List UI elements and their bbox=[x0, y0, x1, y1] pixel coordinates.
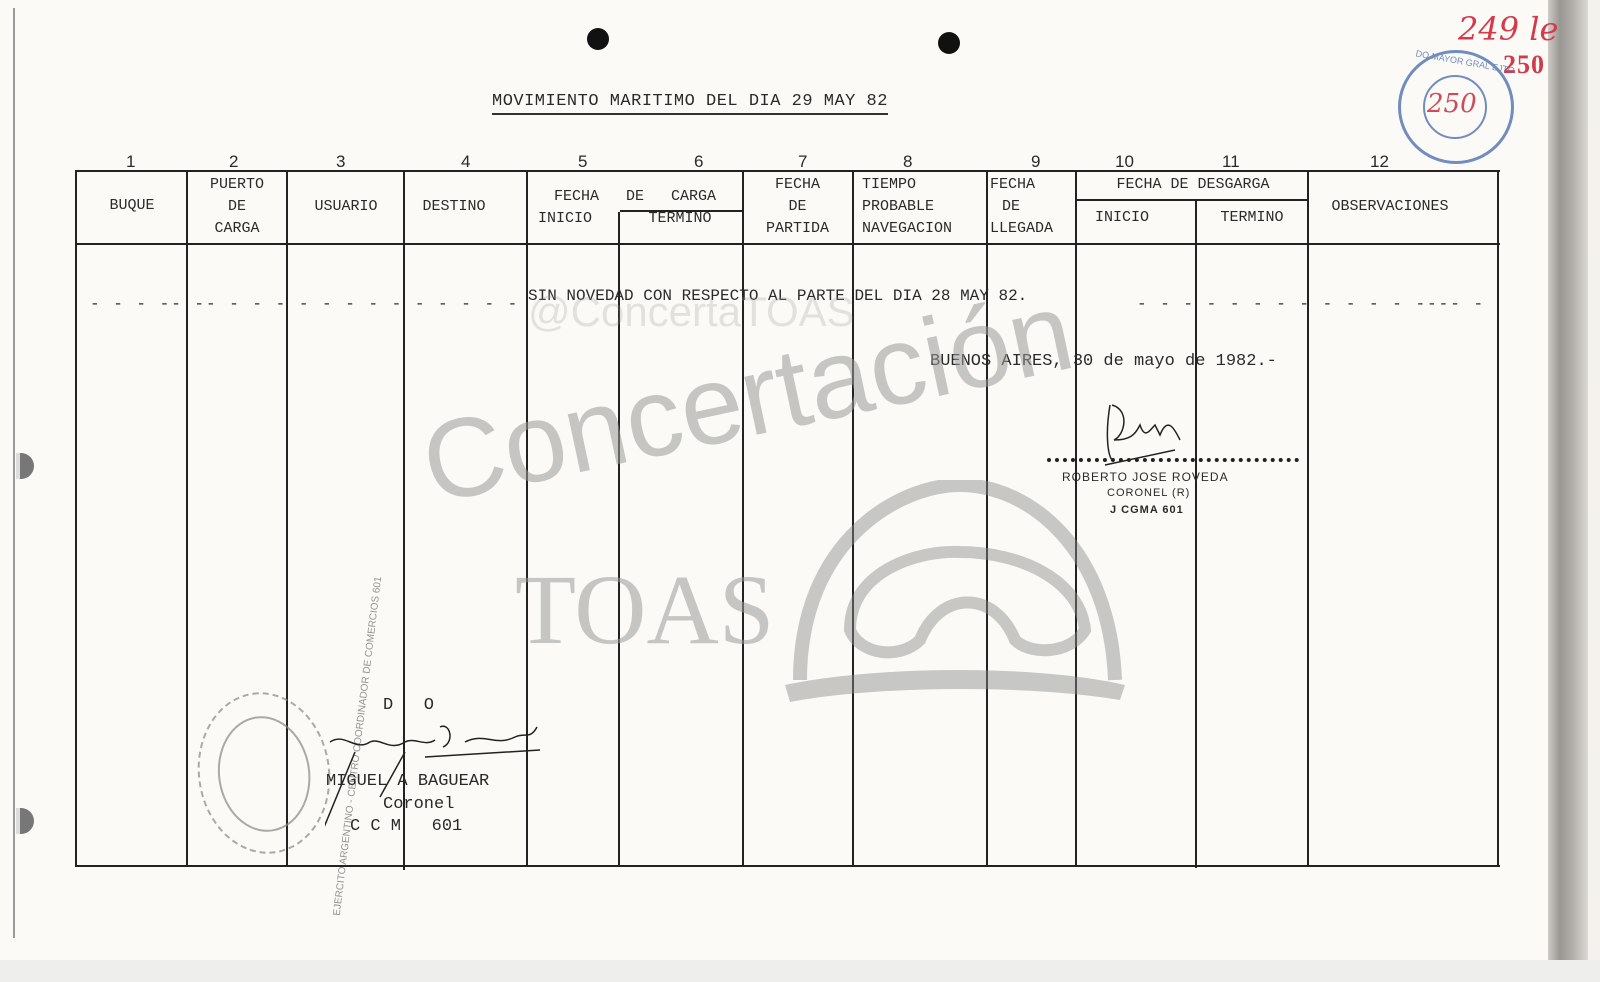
punch-hole-icon bbox=[938, 32, 960, 54]
watermark-toas: TOAS bbox=[515, 552, 774, 667]
oval-stamp-icon: EJERCITO ARGENTINO - CENTRO COORDINADOR … bbox=[187, 684, 340, 863]
column-number: 5 bbox=[578, 152, 587, 172]
header-usuario: USUARIO bbox=[290, 196, 402, 218]
binding-hole-icon bbox=[16, 808, 34, 834]
header-fecha-de-descarga: FECHA DE DESGARGA bbox=[1080, 174, 1306, 196]
dash-fill-left: - - - -- -- - - - - - - - - - - - - - bbox=[90, 295, 519, 313]
column-number: 2 bbox=[229, 152, 238, 172]
column-divider bbox=[1307, 170, 1309, 865]
folio-handwritten: 249 le bbox=[1458, 10, 1558, 48]
header-line: CARGA bbox=[188, 218, 286, 240]
signature-line bbox=[1047, 458, 1299, 462]
column-number: 11 bbox=[1222, 152, 1240, 172]
signature-roveda-icon bbox=[1100, 395, 1190, 475]
table-left-border bbox=[75, 170, 77, 867]
header-line: DE bbox=[188, 196, 286, 218]
column-divider bbox=[618, 212, 620, 865]
column-divider bbox=[742, 170, 744, 865]
column-number: 9 bbox=[1031, 152, 1040, 172]
table-bottom-border bbox=[75, 865, 1500, 867]
header-line: FECHA bbox=[745, 174, 850, 196]
stamp-number: 250 bbox=[1427, 89, 1477, 119]
signer-unit: C C M 601 bbox=[350, 817, 462, 836]
header-fecha-de-carga: FECHA DE CARGA bbox=[530, 186, 740, 208]
header-line: PUERTO bbox=[188, 174, 286, 196]
header-line: NAVEGACION bbox=[862, 218, 984, 240]
stamp-inner-oval bbox=[211, 710, 318, 838]
header-line: FECHA bbox=[990, 174, 1074, 196]
table-right-border bbox=[1497, 170, 1499, 867]
table-header-divider bbox=[75, 243, 1500, 245]
header-line: DE bbox=[990, 196, 1074, 218]
column-number: 8 bbox=[903, 152, 912, 172]
page-margin-right bbox=[1588, 0, 1600, 982]
signer-initials: D O bbox=[383, 696, 434, 715]
dash-fill-right: - - - - - - - - - - - - ---- - bbox=[1137, 295, 1485, 313]
header-fecha-de-llegada: FECHA DE LLEGADA bbox=[990, 174, 1074, 240]
header-line: PROBABLE bbox=[862, 196, 984, 218]
header-line: TIEMPO bbox=[862, 174, 984, 196]
header-carga-inicio: INICIO bbox=[530, 208, 600, 230]
signer-rank: Coronel bbox=[383, 795, 454, 814]
binding-hole-icon bbox=[16, 453, 34, 479]
subheader-divider-descarga bbox=[1077, 199, 1307, 201]
column-number: 6 bbox=[694, 152, 703, 172]
header-buque: BUQUE bbox=[80, 195, 184, 217]
header-line: PARTIDA bbox=[745, 218, 850, 240]
header-line: LLEGADA bbox=[990, 218, 1074, 240]
punch-hole-icon bbox=[587, 28, 609, 50]
row-note: SIN NOVEDAD CON RESPECTO AL PARTE DEL DI… bbox=[528, 287, 1027, 305]
signer-name: MIGUEL A BAGUEAR bbox=[326, 772, 489, 791]
header-line: DE bbox=[745, 196, 850, 218]
helmet-logo-icon bbox=[780, 480, 1130, 710]
header-fecha-de-partida: FECHA DE PARTIDA bbox=[745, 174, 850, 240]
round-stamp-icon: DO MAYOR GRAL EJTO 250 bbox=[1398, 50, 1514, 164]
header-tiempo-probable-navegacion: TIEMPO PROBABLE NAVEGACION bbox=[862, 174, 984, 240]
column-number: 1 bbox=[126, 152, 135, 172]
column-number: 4 bbox=[461, 152, 470, 172]
column-number: 10 bbox=[1115, 152, 1134, 172]
header-descarga-inicio: INICIO bbox=[1080, 207, 1164, 229]
page-edge-left bbox=[13, 8, 15, 938]
place-date: BUENOS AIRES, 30 de mayo de 1982.- bbox=[930, 352, 1277, 371]
header-descarga-termino: TERMINO bbox=[1198, 207, 1306, 229]
header-puerto-de-carga: PUERTO DE CARGA bbox=[188, 174, 286, 240]
header-carga-termino: TERMINO bbox=[622, 208, 738, 230]
header-destino: DESTINO bbox=[406, 196, 502, 218]
column-divider bbox=[186, 170, 188, 865]
page-shadow-right bbox=[1548, 0, 1588, 982]
stamp-text: DO MAYOR GRAL EJTO bbox=[1415, 48, 1516, 75]
page-bottom-strip bbox=[0, 960, 1600, 982]
column-number: 12 bbox=[1370, 152, 1389, 172]
column-number: 7 bbox=[798, 152, 807, 172]
document-title: MOVIMIENTO MARITIMO DEL DIA 29 MAY 82 bbox=[492, 92, 888, 115]
column-number: 3 bbox=[336, 152, 345, 172]
header-observaciones: OBSERVACIONES bbox=[1310, 196, 1470, 218]
table-top-border bbox=[75, 170, 1500, 172]
